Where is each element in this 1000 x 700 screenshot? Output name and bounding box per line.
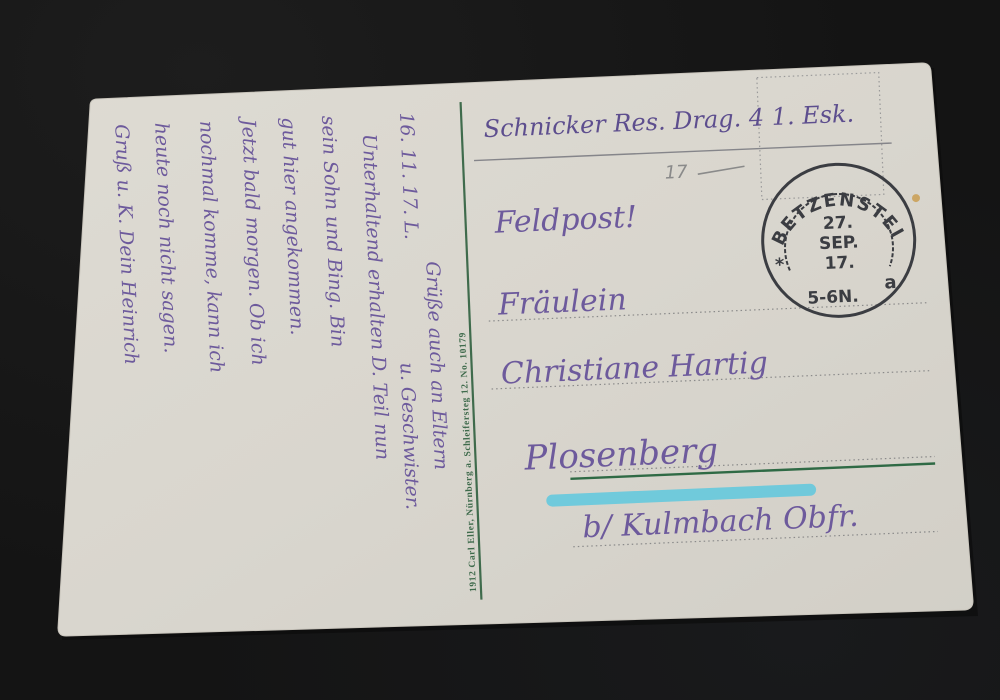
- photo-scene: 1912 Carl Eller, Nürnberg a. Schleiferst…: [0, 0, 1000, 700]
- postmark-month: SEP.: [819, 233, 859, 255]
- postcard: [58, 63, 973, 636]
- address-town: Plosenberg: [523, 431, 719, 479]
- address-title: Fräulein: [496, 282, 627, 322]
- postmark-year: 17.: [824, 253, 855, 274]
- postmark-time: 5-6N.: [807, 287, 859, 309]
- address-feldpost: Feldpost!: [493, 200, 638, 241]
- postmark-star: *: [775, 255, 786, 276]
- postmark-day: 27.: [823, 213, 854, 234]
- postcard-photo: 1912 Carl Eller, Nürnberg a. Schleiferst…: [0, 0, 1000, 700]
- pencil-mark: 17: [664, 162, 688, 184]
- postmark-suffix: a: [884, 272, 897, 293]
